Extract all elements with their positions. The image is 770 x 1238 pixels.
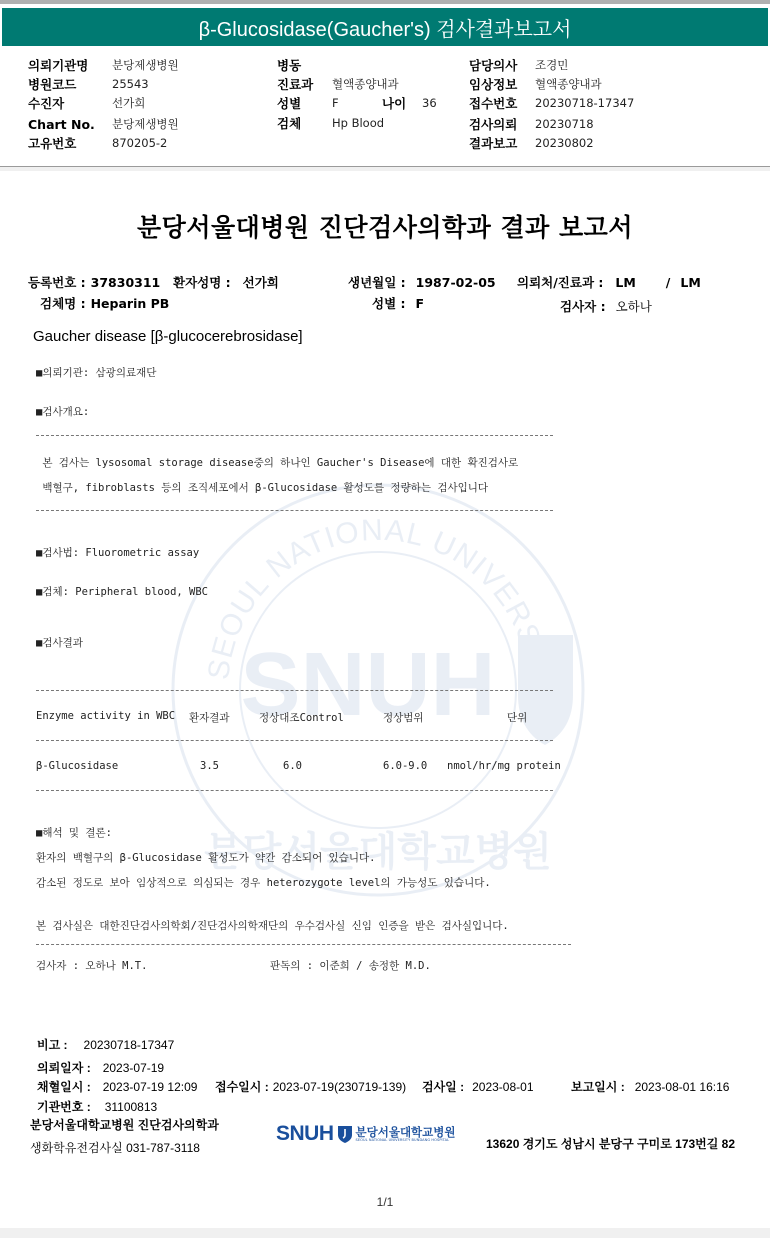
label-test-request: 검사의뢰 — [469, 115, 535, 134]
label-age: 나이 — [382, 94, 422, 113]
logo-korean-name: 분당서울대학교병원 — [356, 1126, 456, 1138]
table-header-patient-result: 환자결과 — [189, 710, 230, 725]
table-header-unit: 단위 — [507, 710, 527, 725]
value-referring-institution: 분당제생병원 — [112, 56, 179, 75]
test-sample: ■검체: Peripheral blood, WBC — [36, 584, 208, 599]
label-hospital-code: 병원코드 — [28, 75, 112, 94]
label-referring-institution: 의뢰기관명 — [28, 56, 112, 75]
page-number: 1/1 — [0, 1195, 770, 1209]
value-patient-name: 선가희 — [243, 275, 279, 290]
viewer-bottom-bar — [0, 1228, 770, 1238]
table-header-rule — [36, 740, 553, 741]
cell-patient-result: 3.5 — [200, 760, 219, 772]
test-date: 검사일 :2023-08-01 — [422, 1078, 534, 1095]
label-receipt: 접수일시 : — [215, 1080, 269, 1094]
value-result-report: 20230802 — [535, 134, 594, 153]
header-col-3: 담당의사조경민 임상정보혈액종양내과 접수번호20230718-17347 검사… — [469, 56, 634, 153]
value-test-request: 20230718 — [535, 115, 594, 134]
receipt-datetime: 접수일시 :2023-07-19(230719-139) — [215, 1078, 406, 1095]
registration-number: 등록번호 :37830311 — [28, 273, 160, 291]
value-registration-number: 37830311 — [91, 275, 161, 290]
patient-sex: 성별 :F — [372, 294, 424, 312]
overview-line-2: 백혈구, fibroblasts 등의 조직세포에서 β-Glucosidase… — [36, 480, 488, 495]
label-patient: 수진자 — [28, 94, 112, 113]
report-heading: 분당서울대병원 진단검사의학과 결과 보고서 — [0, 208, 770, 244]
value-report-datetime: 2023-08-01 16:16 — [635, 1080, 730, 1094]
dept-separator: / — [666, 275, 671, 290]
value-test-date: 2023-08-01 — [472, 1080, 533, 1094]
overview-heading: ■검사개요: — [36, 404, 89, 419]
overview-line-1: 본 검사는 lysosomal storage disease중의 하나인 Ga… — [36, 455, 518, 470]
divider — [36, 510, 553, 511]
interpretation-heading: ■해석 및 결론: — [36, 825, 112, 840]
logo-english-name: SEOUL NATIONAL UNIVERSITY BUNDANG HOSPIT… — [356, 1138, 456, 1142]
table-header-normal-range: 정상범위 — [383, 710, 424, 725]
interpretation-line-2: 감소된 정도로 보아 임상적으로 의심되는 경우 heterozygote le… — [36, 875, 491, 890]
value-request-date: 2023-07-19 — [103, 1061, 164, 1075]
label-receipt-no: 접수번호 — [469, 94, 535, 113]
label-collection: 채혈일시 : — [37, 1080, 91, 1094]
label-tester: 검사자 : — [560, 299, 606, 314]
label-dept: 의뢰처/진료과 : — [517, 275, 603, 290]
label-chart-no: Chart No. — [28, 115, 112, 134]
value-patient-sex: F — [416, 296, 425, 311]
cell-control: 6.0 — [283, 760, 302, 772]
label-ward: 병동 — [277, 56, 332, 75]
patient-name: 환자성명 :선가희 — [173, 273, 279, 291]
label-doctor: 담당의사 — [469, 56, 535, 75]
table-bottom-rule — [36, 790, 553, 791]
table-header-control: 정상대조Control — [259, 710, 344, 725]
label-test-date: 검사일 : — [422, 1080, 464, 1094]
window-top-border — [0, 0, 770, 4]
value-sex: F — [332, 94, 382, 113]
header-col-2: 병동 진료과혈액종양내과 성별F나이36 검체Hp Blood — [277, 56, 437, 133]
test-method: ■검사법: Fluorometric assay — [36, 545, 199, 560]
snuh-logo: SNUH 분당서울대학교병원 SEOUL NATIONAL UNIVERSITY… — [276, 1122, 456, 1146]
table-header-enzyme: Enzyme activity in WBC — [36, 710, 175, 722]
value-unique-no: 870205-2 — [112, 134, 167, 153]
value-specimen-name: Heparin PB — [91, 296, 170, 311]
value-remark: 20230718-17347 — [84, 1038, 175, 1052]
divider — [36, 435, 553, 436]
interpretation-line-1: 환자의 백혈구의 β-Glucosidase 활성도가 약간 감소되어 있습니다… — [36, 850, 375, 865]
value-patient: 선가희 — [112, 94, 145, 113]
label-sex: 성별 — [277, 94, 332, 113]
label-registration-number: 등록번호 : — [28, 275, 86, 290]
logo-wordmark: SNUH — [276, 1122, 334, 1146]
institution-number: 기관번호 :31100813 — [37, 1098, 157, 1115]
report-title-bar: β-Glucosidase(Gaucher's) 검사결과보고서 — [2, 8, 768, 46]
value-hospital-code: 25543 — [112, 75, 149, 94]
header-divider-shadow — [0, 167, 770, 171]
label-dob: 생년월일 : — [348, 275, 406, 290]
cell-normal-range: 6.0-9.0 — [383, 760, 427, 772]
value-dept-1: LM — [615, 275, 635, 290]
value-collection: 2023-07-19 12:09 — [103, 1080, 198, 1094]
value-tester: 오하나 — [616, 299, 652, 314]
value-age: 36 — [422, 94, 437, 113]
label-result-report: 결과보고 — [469, 134, 535, 153]
remark: 비고 :20230718-17347 — [37, 1036, 174, 1053]
request-date: 의뢰일자 :2023-07-19 — [37, 1059, 164, 1076]
tester: 검사자 :오하나 — [560, 297, 652, 315]
label-specimen: 검체 — [277, 114, 332, 133]
collection-datetime: 채혈일시 :2023-07-19 12:09 — [37, 1078, 197, 1095]
label-unique-no: 고유번호 — [28, 134, 112, 153]
svg-text:SEOUL NATIONAL UNIVERSITY BUND: SEOUL NATIONAL UNIVERSITY BUNDANG HOSPIT… — [168, 480, 554, 697]
cell-unit: nmol/hr/mg protein — [447, 760, 561, 772]
value-dob: 1987-02-05 — [416, 275, 496, 290]
value-department: 혈액종양내과 — [332, 75, 399, 94]
signature-doctor: 판독의 : 이준희 / 송정한 M.D. — [270, 958, 431, 973]
label-institution-number: 기관번호 : — [37, 1100, 91, 1114]
value-dept-2: LM — [680, 275, 700, 290]
results-heading: ■검사결과 — [36, 635, 83, 650]
referral-institution: ■의뢰기관: 삼광의료재단 — [36, 365, 156, 380]
value-receipt: 2023-07-19(230719-139) — [273, 1080, 406, 1094]
date-of-birth: 생년월일 :1987-02-05 — [348, 273, 496, 291]
label-patient-sex: 성별 : — [372, 296, 406, 311]
cell-enzyme: β-Glucosidase — [36, 760, 118, 772]
referring-department: 의뢰처/진료과 :LM/LM — [517, 273, 701, 291]
specimen-name: 검체명 :Heparin PB — [40, 294, 169, 312]
label-patient-name: 환자성명 : — [173, 275, 231, 290]
hospital-address: 13620 경기도 성남시 분당구 구미로 173번길 82 — [486, 1135, 735, 1152]
label-report-datetime: 보고일시 : — [571, 1080, 625, 1094]
value-clinical-info: 혈액종양내과 — [535, 75, 602, 94]
label-specimen-name: 검체명 : — [40, 296, 86, 311]
value-doctor: 조경민 — [535, 56, 568, 75]
value-institution-number: 31100813 — [105, 1100, 158, 1114]
signature-tester: 검사자 : 오하나 M.T. — [36, 958, 147, 973]
test-name: Gaucher disease [β-glucocerebrosidase] — [33, 328, 303, 345]
label-remark: 비고 : — [37, 1038, 68, 1052]
label-clinical-info: 임상정보 — [469, 75, 535, 94]
department-name: 분당서울대학교병원 진단검사의학과 — [30, 1116, 219, 1133]
label-department: 진료과 — [277, 75, 332, 94]
divider — [36, 944, 571, 945]
value-chart-no: 분당제생병원 — [112, 115, 179, 134]
accreditation-statement: 본 검사실은 대한진단검사의학회/진단검사의학재단의 우수검사실 신임 인증을 … — [36, 918, 509, 933]
value-receipt-no: 20230718-17347 — [535, 94, 634, 113]
value-specimen: Hp Blood — [332, 114, 384, 133]
header-col-1: 의뢰기관명분당제생병원 병원코드25543 수진자선가희 Chart No.분당… — [28, 56, 179, 153]
table-top-rule — [36, 690, 553, 691]
report-datetime: 보고일시 :2023-08-01 16:16 — [571, 1078, 729, 1095]
label-request-date: 의뢰일자 : — [37, 1061, 91, 1075]
lab-phone: 생화학유전검사실 031-787-3118 — [30, 1139, 200, 1156]
shield-icon — [338, 1126, 352, 1143]
